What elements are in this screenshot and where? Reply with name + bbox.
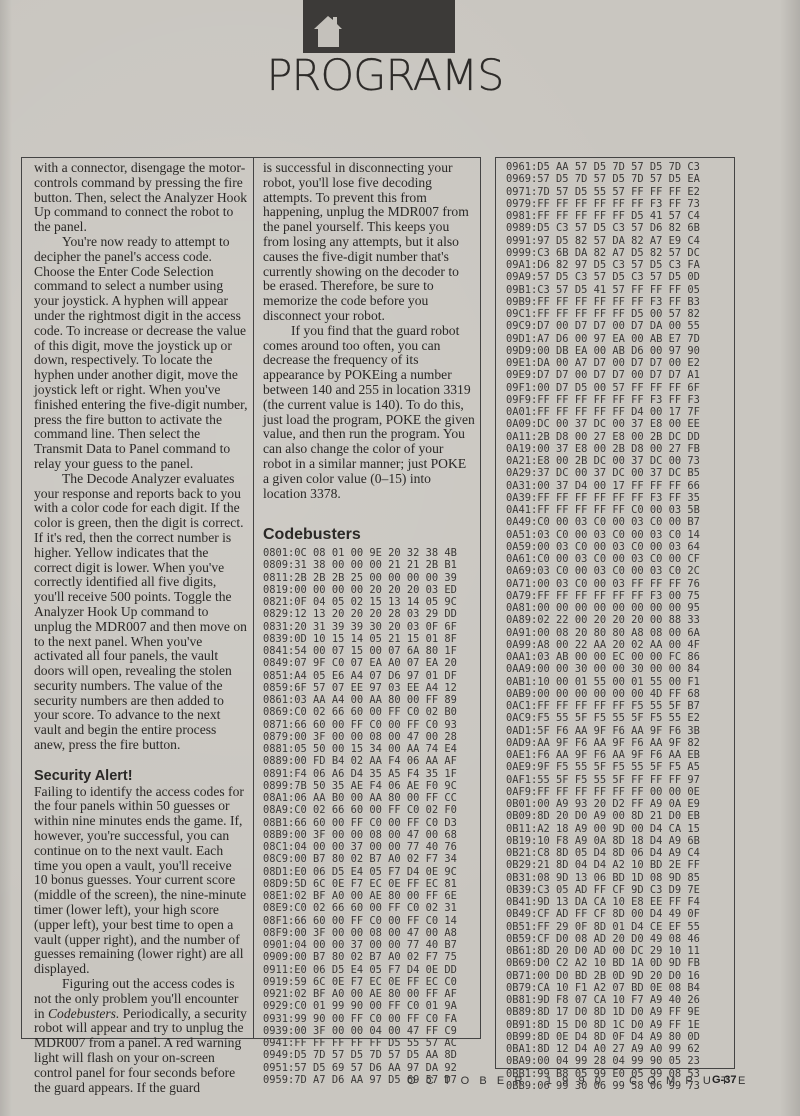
hex-line: 09A9:57 D5 C3 57 D5 C3 57 D5 0D: [506, 271, 700, 283]
hex-line: 08A1:06 AA B0 00 AA 80 00 FF CC: [263, 792, 475, 804]
hex-line: 09A1:D6 82 97 D5 C3 57 D5 C3 FA: [506, 259, 700, 271]
left-column: with a connector, disengage the motor-co…: [22, 158, 254, 1038]
hex-line: 08D1:E0 06 D5 E4 05 F7 D4 0E 9C: [263, 866, 475, 878]
hex-line: 09E1:DA 00 A7 D7 00 D7 D7 00 E2: [506, 357, 700, 369]
hex-line: 0AA1:03 AB 00 00 EC 00 00 FC 86: [506, 651, 700, 663]
hex-line: 09E9:D7 D7 00 D7 D7 00 D7 D7 A1: [506, 369, 700, 381]
house-icon: [313, 14, 343, 48]
hex-line: 0999:C3 6B DA 82 A7 D5 82 57 DC: [506, 247, 700, 259]
hex-line: 0B49:CF AD FF CF 8D 00 D4 49 0F: [506, 908, 700, 920]
hex-line: 08F1:66 60 00 FF C0 00 FF C0 14: [263, 915, 475, 927]
hex-line: 0861:03 AA A4 00 AA 80 00 FF 89: [263, 694, 475, 706]
hex-line: 0BA9:00 04 99 28 04 99 90 05 23: [506, 1055, 700, 1067]
footer-issue-line: OCTOBER 1990COMPUTE: [407, 1075, 756, 1087]
hex-line: 0B89:8D 17 D0 8D 1D D0 A9 FF 9E: [506, 1006, 700, 1018]
hex-listing-continued: 0961:D5 AA 57 D5 7D 57 D5 7D C30969:57 D…: [496, 158, 700, 1068]
hex-line: 0931:99 90 00 FF C0 00 FF C0 FA: [263, 1013, 475, 1025]
hex-line: 0B29:21 8D 04 D4 A2 10 BD 2E FF: [506, 859, 700, 871]
hex-line: 09C1:FF FF FF FF FF D5 00 57 82: [506, 308, 700, 320]
hex-line: 08C9:00 B7 80 02 B7 A0 02 F7 34: [263, 853, 475, 865]
hex-line: 0961:D5 AA 57 D5 7D 57 D5 7D C3: [506, 161, 700, 173]
hex-line: 0829:12 13 20 20 20 28 03 29 DD: [263, 608, 475, 620]
hex-line: 0B09:8D 20 D0 A9 00 8D 21 D0 EB: [506, 810, 700, 822]
hex-line: 0A59:00 03 C0 00 03 C0 00 03 64: [506, 541, 700, 553]
hex-line: 0A71:00 03 C0 00 03 FF FF FF 76: [506, 578, 700, 590]
hex-line: 0859:6F 57 07 EE 97 03 EE A4 12: [263, 682, 475, 694]
hex-line: 0A49:C0 00 03 C0 00 03 C0 00 B7: [506, 516, 700, 528]
hex-line: 0849:07 9F C0 07 EA A0 07 EA 20: [263, 657, 475, 669]
hex-line: 0901:04 00 00 37 00 00 77 40 B7: [263, 939, 475, 951]
hex-line: 0979:FF FF FF FF FF FF F3 FF 73: [506, 198, 700, 210]
middle-column: is successful in disconnecting your robo…: [254, 158, 480, 1038]
hex-line: 0889:00 FD B4 02 AA F4 06 AA AF: [263, 755, 475, 767]
hex-line: 0841:54 00 07 15 00 07 6A 80 1F: [263, 645, 475, 657]
hex-line: 0891:F4 06 A6 D4 35 A5 F4 35 1F: [263, 768, 475, 780]
hex-line: 0B91:8D 15 D0 8D 1C D0 A9 FF 1E: [506, 1019, 700, 1031]
hex-line: 0AD9:AA 9F F6 AA 9F F6 AA 9F 82: [506, 737, 700, 749]
hex-line: 0A19:00 37 E8 00 2B D8 00 27 FB: [506, 443, 700, 455]
hex-line: 0A39:FF FF FF FF FF FF F3 FF 35: [506, 492, 700, 504]
hex-line: 0AA9:00 00 30 00 00 30 00 00 84: [506, 663, 700, 675]
hex-line: 0B41:9D 13 DA CA 10 E8 EE FF F4: [506, 896, 700, 908]
hex-line: 09F1:00 D7 D5 00 57 FF FF FF 6F: [506, 382, 700, 394]
game-title-italic: Codebusters.: [48, 1006, 119, 1021]
hex-line: 0B99:8D 0E D4 8D 0F D4 A9 80 0D: [506, 1031, 700, 1043]
hex-line: 0B71:00 D0 BD 2B 0D 9D 20 D0 16: [506, 970, 700, 982]
body-paragraph: If you find that the guard robot comes a…: [263, 324, 475, 502]
hex-line: 0831:20 31 39 39 30 20 03 0F 6F: [263, 621, 475, 633]
hex-line: 0B11:A2 18 A9 00 9D 00 D4 CA 15: [506, 823, 700, 835]
hex-line: 09B1:C3 57 D5 41 57 FF FF FF 05: [506, 284, 700, 296]
hex-line: 0A81:00 00 00 00 00 00 00 00 95: [506, 602, 700, 614]
hex-line: 09F9:FF FF FF FF FF FF F3 FF F3: [506, 394, 700, 406]
hex-line: 0821:0F 04 05 02 15 13 14 05 9C: [263, 596, 475, 608]
hex-line: 0991:97 D5 82 57 DA 82 A7 E9 C4: [506, 235, 700, 247]
hex-line: 0A79:FF FF FF FF FF FF F3 00 75: [506, 590, 700, 602]
hex-line: 0AE9:9F F5 55 5F F5 55 5F F5 A5: [506, 761, 700, 773]
page-number: G-37: [712, 1074, 736, 1086]
hex-line: 0809:31 38 00 00 00 21 21 2B B1: [263, 559, 475, 571]
hex-line: 0801:0C 08 01 00 9E 20 32 38 4B: [263, 547, 475, 559]
hex-line: 0AD1:5F F6 AA 9F F6 AA 9F F6 3B: [506, 725, 700, 737]
hex-line: 0A69:03 C0 00 03 C0 00 03 C0 2C: [506, 565, 700, 577]
hex-line: 0871:66 60 00 FF C0 00 FF C0 93: [263, 719, 475, 731]
hex-line: 0B61:8D 20 D0 AD 00 DC 29 10 11: [506, 945, 700, 957]
hex-line: 0A91:00 08 20 80 80 A8 08 00 6A: [506, 627, 700, 639]
hex-line: 0AF1:55 5F F5 55 5F FF FF FF 97: [506, 774, 700, 786]
hex-line: 08D9:5D 6C 0E F7 EC 0E FF EC 81: [263, 878, 475, 890]
issue-date: OCTOBER 1990: [407, 1075, 611, 1087]
hex-line: 0A51:03 C0 00 03 C0 00 03 C0 14: [506, 529, 700, 541]
hex-line: 0969:57 D5 7D 57 D5 7D 57 D5 EA: [506, 173, 700, 185]
hex-line: 08B1:66 60 00 FF C0 00 FF C0 D3: [263, 817, 475, 829]
hex-line: 08E1:02 BF A0 00 AE 80 00 FF 6E: [263, 890, 475, 902]
publication-name: COMPUTE: [629, 1075, 755, 1087]
hex-line: 0A11:2B D8 00 27 E8 00 2B DC DD: [506, 431, 700, 443]
hex-line: 08A9:C0 02 66 60 00 FF C0 02 F0: [263, 804, 475, 816]
hex-line: 0AB9:00 00 00 00 00 00 4D FF 68: [506, 688, 700, 700]
hex-line: 0909:00 B7 80 02 B7 A0 02 F7 75: [263, 951, 475, 963]
hex-line: 08B9:00 3F 00 00 08 00 47 00 68: [263, 829, 475, 841]
hex-line: 0989:D5 C3 57 D5 C3 57 D6 82 6B: [506, 222, 700, 234]
hex-line: 0811:2B 2B 2B 25 00 00 00 00 39: [263, 572, 475, 584]
hex-line: 08C1:04 00 00 37 00 00 77 40 76: [263, 841, 475, 853]
body-paragraph: You're now ready to attempt to decipher …: [34, 235, 248, 472]
hex-line: 0A09:DC 00 37 DC 00 37 E8 00 EE: [506, 418, 700, 430]
hex-line: 0B31:08 9D 13 06 BD 1D 08 9D 85: [506, 872, 700, 884]
hex-line: 0B69:D0 C2 A2 10 BD 1A 0D 9D FB: [506, 957, 700, 969]
listing-frame: 0961:D5 AA 57 D5 7D 57 D5 7D C30969:57 D…: [495, 157, 735, 1069]
section-header-block: [303, 0, 455, 53]
hex-line: 0921:02 BF A0 00 AE 80 00 FF AF: [263, 988, 475, 1000]
body-paragraph: Figuring out the access codes is not the…: [34, 977, 248, 1095]
hex-line: 0B19:10 F8 A9 0A 8D 18 D4 A9 6B: [506, 835, 700, 847]
hex-line: 0AF9:FF FF FF FF FF FF 00 00 0E: [506, 786, 700, 798]
body-paragraph: with a connector, disengage the motor-co…: [34, 161, 248, 235]
hex-line: 0951:57 D5 69 57 D6 AA 97 DA 92: [263, 1062, 475, 1074]
hex-line: 09B9:FF FF FF FF FF FF F3 FF B3: [506, 296, 700, 308]
hex-line: 0B81:9D F8 07 CA 10 F7 A9 40 26: [506, 994, 700, 1006]
hex-line: 0AC9:F5 55 5F F5 55 5F F5 55 E2: [506, 712, 700, 724]
hex-line: 0981:FF FF FF FF FF D5 41 57 C4: [506, 210, 700, 222]
hex-line: 0881:05 50 00 15 34 00 AA 74 E4: [263, 743, 475, 755]
hex-line: 0851:A4 05 E6 A4 07 D6 97 01 DF: [263, 670, 475, 682]
hex-line: 0819:00 00 00 00 20 20 20 03 ED: [263, 584, 475, 596]
hex-line: 0B51:FF 29 0F 8D 01 D4 CE EF 55: [506, 921, 700, 933]
hex-line: 0879:00 3F 00 00 08 00 47 00 28: [263, 731, 475, 743]
hex-line: 0941:FF FF FF FF FF D5 55 57 AC: [263, 1037, 475, 1049]
hex-line: 0A61:C0 00 03 C0 00 03 C0 00 CF: [506, 553, 700, 565]
hex-line: 0A99:A8 00 22 AA 20 02 AA 00 4F: [506, 639, 700, 651]
subheading-security-alert: Security Alert!: [34, 769, 248, 784]
hex-line: 0839:0D 10 15 14 05 21 15 01 8F: [263, 633, 475, 645]
hex-line: 0939:00 3F 00 00 04 00 47 FF C9: [263, 1025, 475, 1037]
hex-line: 0B01:00 A9 93 20 D2 FF A9 0A E9: [506, 798, 700, 810]
hex-listing: 0801:0C 08 01 00 9E 20 32 38 4B0809:31 3…: [263, 547, 475, 1086]
hex-line: 08E9:C0 02 66 60 00 FF C0 02 31: [263, 902, 475, 914]
hex-line: 0919:59 6C 0E F7 EC 0E FF EC C0: [263, 976, 475, 988]
hex-line: 0AB1:10 00 01 55 00 01 55 00 F1: [506, 676, 700, 688]
hex-line: 0AC1:FF FF FF FF FF F5 55 5F B7: [506, 700, 700, 712]
hex-line: 0B79:CA 10 F1 A2 07 BD 0E 08 B4: [506, 982, 700, 994]
body-paragraph: The Decode Analyzer evaluates your respo…: [34, 472, 248, 753]
hex-line: 0A41:FF FF FF FF FF C0 00 03 5B: [506, 504, 700, 516]
hex-line: 09C9:D7 00 D7 D7 00 D7 DA 00 55: [506, 320, 700, 332]
hex-line: 0AE1:F6 AA 9F F6 AA 9F F6 AA EB: [506, 749, 700, 761]
hex-line: 0A01:FF FF FF FF FF D4 00 17 7F: [506, 406, 700, 418]
listing-title: Codebusters: [263, 528, 475, 543]
hex-line: 0899:7B 50 35 AE F4 06 AE F0 9C: [263, 780, 475, 792]
body-paragraph: is successful in disconnecting your robo…: [263, 161, 475, 324]
hex-line: 0929:C0 01 99 90 00 FF C0 01 9A: [263, 1000, 475, 1012]
hex-line: 0B21:C8 8D 05 D4 8D 06 D4 A9 C4: [506, 847, 700, 859]
hex-line: 0B39:C3 05 AD FF CF 9D C3 D9 7E: [506, 884, 700, 896]
hex-line: 0A21:E8 00 2B DC 00 37 DC 00 73: [506, 455, 700, 467]
hex-line: 0A89:02 22 00 20 20 20 00 88 33: [506, 614, 700, 626]
hex-line: 0B59:CF D0 08 AD 20 D0 49 08 46: [506, 933, 700, 945]
hex-line: 0869:C0 02 66 60 00 FF C0 02 B0: [263, 706, 475, 718]
hex-line: 08F9:00 3F 00 00 08 00 47 00 A8: [263, 927, 475, 939]
hex-line: 0911:E0 06 D5 E4 05 F7 D4 0E DD: [263, 964, 475, 976]
hex-line: 0949:D5 7D 57 D5 7D 57 D5 AA 8D: [263, 1049, 475, 1061]
hex-line: 09D1:A7 D6 00 97 EA 00 AB E7 7D: [506, 333, 700, 345]
article-frame: with a connector, disengage the motor-co…: [21, 157, 481, 1039]
hex-line: 0971:7D 57 D5 55 57 FF FF FF E2: [506, 186, 700, 198]
section-title: PROGRAMS: [255, 52, 515, 100]
hex-line: 09D9:00 DB EA 00 AB D6 00 97 90: [506, 345, 700, 357]
hex-line: 0A31:00 37 D4 00 17 FF FF FF 66: [506, 480, 700, 492]
hex-line: 0A29:37 DC 00 37 DC 00 37 DC B5: [506, 467, 700, 479]
hex-line: 0BA1:8D 12 D4 A0 27 A9 A0 99 62: [506, 1043, 700, 1055]
body-paragraph: Failing to identify the access codes for…: [34, 785, 248, 977]
